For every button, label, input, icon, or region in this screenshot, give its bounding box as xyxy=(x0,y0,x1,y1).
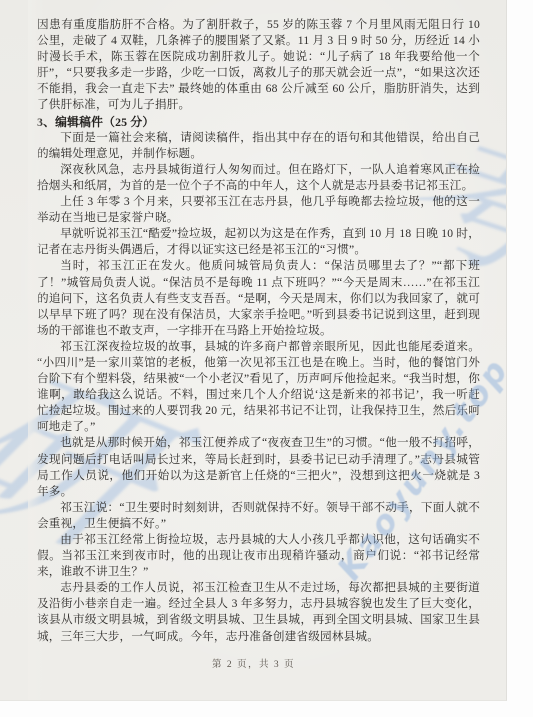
paragraph: 志丹县委的工作人员说，祁玉江检查卫生从不走过场，每次都把县城的主要街道及沿街小巷… xyxy=(37,580,480,644)
paragraph: 祁玉江说：“卫生要时时刻刻讲，否则就保持不好。领导干部不动手，下面人就不会重视，… xyxy=(37,500,480,532)
scanned-page: 考 研 Kaoyuny.top 因患有重度脂肪肝不合格。为了割肝救子，55 岁的… xyxy=(0,0,507,701)
paragraph: 也就是从那时候开始，祁玉江便养成了“夜夜查卫生”的习惯。“他一般不打招呼，发现问… xyxy=(37,435,480,499)
paragraph: 祁玉江深夜捡垃圾的故事，县城的许多商户都曾亲眼所见，因此也能尾委道来。“小四川”… xyxy=(37,339,480,436)
page-footer: 第 2 页，共 3 页 xyxy=(0,656,507,670)
paragraph: 深夜秋风急，志丹县城街道行人匆匆而过。但在路灯下，一队人追着寒风正在捡拾烟头和纸… xyxy=(37,162,480,194)
continuation-paragraph: 因患有重度脂肪肝不合格。为了割肝救子，55 岁的陈玉蓉 7 个月里风雨无阻日行 … xyxy=(37,17,480,114)
paragraph: 下面是一篇社会来稿，请阅读稿件，指出其中存在的语句和其他错误，给出自己的编辑处理… xyxy=(37,130,480,162)
document-body: 因患有重度脂肪肝不合格。为了割肝救子，55 岁的陈玉蓉 7 个月里风雨无阻日行 … xyxy=(0,0,506,645)
paragraph: 当时，祁玉江正在发火。他质问城管局负责人：“保洁员哪里去了？”“都下班了！”城管… xyxy=(37,258,480,338)
paragraph: 上任 3 年零 3 个月来，只要祁玉江在志丹县，他几乎每晚都去捡垃圾，他的这一举… xyxy=(37,194,480,226)
screenshot-viewport: 考 研 Kaoyuny.top 因患有重度脂肪肝不合格。为了割肝救子，55 岁的… xyxy=(0,0,533,717)
paragraph: 由于祁玉江经常上街捡垃圾，志丹县城的大人小孩几乎都认识他，这句话确实不假。当祁玉… xyxy=(37,532,480,580)
paragraph: 早就听说祁玉江“酷爱”捡垃圾，起初以为这是在作秀，直到 10 月 18 日晚 1… xyxy=(37,226,480,258)
section-heading: 3、编辑稿件（25 分） xyxy=(37,114,480,130)
